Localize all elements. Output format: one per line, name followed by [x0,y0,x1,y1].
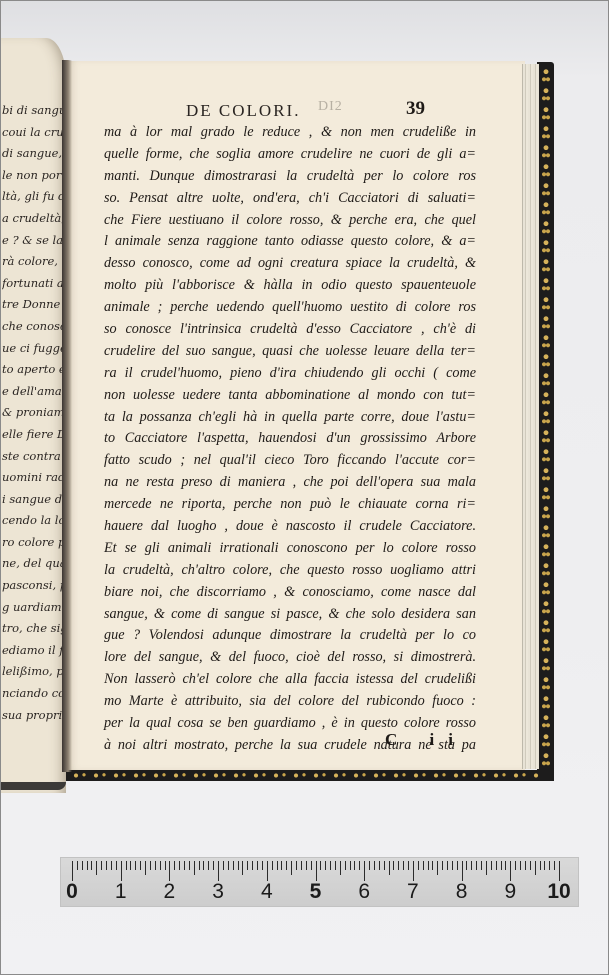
ruler-tick [194,861,195,875]
left-text-line: lelißimo, perche [2,661,66,683]
ruler-tick [369,861,370,870]
left-text-line: ro colore più fo [2,532,66,554]
ruler-tick [296,861,297,870]
ruler-tick [96,861,97,875]
ruler-tick [384,861,385,870]
text-line: quelle forme, che soglia amore crudelire… [104,144,476,166]
text-line: la crudeltà, ch'altro colore, che questo… [104,560,476,582]
left-text-line: g uardiamo bene [2,597,66,619]
left-cover-edge [0,782,66,790]
ruler-tick [213,861,214,870]
ruler-tick [335,861,336,870]
ruler-tick [316,861,317,881]
left-text-line: bi di sangue dis [2,100,66,122]
text-line: animale ; perche uedendo quell'huomo ues… [104,297,476,319]
ruler-tick [457,861,458,870]
ruler-tick [228,861,229,870]
ruler-label: 5 [310,880,322,904]
ruler-tick [350,861,351,870]
ruler-tick [277,861,278,870]
ruler-tick [544,861,545,870]
ruler-tick [364,861,365,881]
ruler-tick [374,861,375,870]
ruler-tick [189,861,190,870]
ruler-tick [106,861,107,870]
ruler-tick [257,861,258,870]
ruler-tick [452,861,453,870]
left-text-line: fortunati aman [2,273,66,295]
ruler-tick [174,861,175,870]
left-text-line: e dell'amate D [2,381,66,403]
text-line: sangue, & come di sangue si pasce, & che… [104,604,476,626]
ruler-label: 9 [504,880,516,904]
left-text-line: uomini rade uol [2,467,66,489]
scale-ruler: 012345678910 [60,857,579,907]
signature-mark: C ii [385,730,467,750]
left-text-line: coui la crudelt= [2,122,66,144]
ruler-tick [481,861,482,870]
ruler-tick [116,861,117,870]
ruler-label: 3 [212,880,224,904]
ruler-tick [491,861,492,870]
ruler-tick [179,861,180,870]
ruler-tick [398,861,399,870]
ruler-tick [549,861,550,870]
ruler-tick [428,861,429,870]
ruler-tick [486,861,487,875]
show-through-text: DI2 [318,99,343,115]
ruler-label: 7 [407,880,419,904]
ruler-tick [413,861,414,881]
ruler-tick [91,861,92,870]
text-line: gue ? Volendosi adunque dimostrare la cr… [104,625,476,647]
ruler-tick [515,861,516,870]
ruler-tick [354,861,355,870]
ruler-tick [150,861,151,870]
text-line: biare noi, che discorriamo , & conosciam… [104,582,476,604]
ruler-tick [199,861,200,870]
text-line: Et se gli animali irrationali conoscono … [104,538,476,560]
folio-number: 39 [406,98,425,120]
ruler-tick [252,861,253,870]
ruler-tick [345,861,346,870]
ruler-tick [262,861,263,870]
ruler-tick [145,861,146,875]
left-page-text: bi di sangue discoui la crudelt=di sangu… [2,100,66,726]
left-text-line: ediamo il fuoco, [2,640,66,662]
left-text-line: nciando con non [2,683,66,705]
ruler-tick [476,861,477,870]
ruler-tick [437,861,438,875]
ruler-tick [501,861,502,870]
text-line: l animale senza raggione tanto odiasse q… [104,231,476,253]
ruler-tick [130,861,131,870]
left-text-line: e ? & se la cru [2,230,66,252]
ruler-tick [466,861,467,870]
left-text-line: sua propria fiero [2,705,66,727]
ruler-label: 6 [358,880,370,904]
ruler-tick [242,861,243,875]
ruler-tick [447,861,448,870]
ruler-tick [72,861,73,881]
ruler-tick [77,861,78,870]
ruler-tick [462,861,463,881]
ruler-tick [525,861,526,870]
ruler-tick [301,861,302,870]
ruler-tick [540,861,541,870]
gilt-tooling-right [541,66,551,766]
text-line: molto più l'abborisce & hàlla in odio qu… [104,275,476,297]
ruler-label: 0 [66,880,78,904]
running-head: DE COLORI. [186,101,300,121]
text-line: hauere dal luogho , doue è nascosto il c… [104,516,476,538]
ruler-tick [311,861,312,870]
left-text-line: tre Donne , & [2,294,66,316]
page-body-text: ma à lor mal grado le reduce , & non men… [104,122,476,757]
ruler-tick [82,861,83,870]
gilt-tooling-bottom [70,772,540,779]
ruler-tick [121,861,122,881]
ruler-ticks [72,861,560,881]
ruler-tick [432,861,433,870]
ruler-tick [155,861,156,870]
text-line: ra il crudel'huomo, pieno d'ira chiudend… [104,363,476,385]
ruler-tick [291,861,292,875]
ruler-tick [208,861,209,870]
left-text-line: le non portano [2,165,66,187]
text-line: manti. Dunque dimostrarasi la crudeltà p… [104,166,476,188]
ruler-tick [101,861,102,870]
text-line: non uolesse uedere tanta abbominatione a… [104,385,476,407]
ruler-tick [379,861,380,870]
ruler-label: 8 [456,880,468,904]
ruler-tick [140,861,141,870]
ruler-tick [238,861,239,870]
ruler-tick [340,861,341,875]
text-line: mercede ne riporta, perche non può le ch… [104,494,476,516]
ruler-tick [530,861,531,870]
text-line: fatto scudo ; nel qual'il cieco Toro fic… [104,450,476,472]
ruler-tick [496,861,497,870]
text-line: so conosce l'intrinsica crudeltà d'esso … [104,319,476,341]
text-line: ta la possanza ch'egli hà in quella part… [104,407,476,429]
left-text-line: che conosciamo, [2,316,66,338]
ruler-tick [330,861,331,870]
ruler-label: 4 [261,880,273,904]
left-text-line: pasconsi, per lo [2,575,66,597]
spine-gutter [62,60,72,772]
left-text-line: rà colore, che di [2,251,66,273]
ruler-tick [510,861,511,881]
ruler-tick [393,861,394,870]
ruler-tick [184,861,185,870]
text-line: to Cacciatore l'aspetta, hauendosi d'un … [104,428,476,450]
ruler-tick [247,861,248,870]
text-line: mo Marte è attribuito, sia del colore de… [104,691,476,713]
text-line: so. Pensat altre uolte, ond'era, ch'i Ca… [104,188,476,210]
ruler-tick [359,861,360,870]
ruler-tick [520,861,521,870]
ruler-tick [135,861,136,870]
text-line: crudelire del suo sangue, quasi che uole… [104,341,476,363]
left-text-line: ne, del quale esse [2,553,66,575]
left-text-line: & proniamo in [2,402,66,424]
left-text-line: to aperto essere [2,359,66,381]
text-line: ma à lor mal grado le reduce , & non men… [104,122,476,144]
ruler-label: 2 [164,880,176,904]
ruler-label: 1 [115,880,127,904]
left-text-line: elle fiere Don= [2,424,66,446]
left-text-line: ltà, gli fu data [2,186,66,208]
text-line: na ne resta preso di maniera , che poi d… [104,472,476,494]
text-line: lore del sangue, & del fuoco, cioè del r… [104,647,476,669]
ruler-tick [203,861,204,870]
left-text-line: a crudeltà, per [2,208,66,230]
ruler-tick [267,861,268,881]
ruler-tick [111,861,112,870]
ruler-tick [505,861,506,870]
ruler-tick [535,861,536,875]
ruler-tick [272,861,273,870]
left-text-line: tro, che significa [2,618,66,640]
left-text-line: ste contra chi lo [2,446,66,468]
left-text-line: cendo la lor cru [2,510,66,532]
ruler-tick [418,861,419,870]
text-line: desso conosco, come ad ogni creatura spi… [104,253,476,275]
left-text-line: ue ci fugge. che [2,338,66,360]
left-text-line: di sangue, che [2,143,66,165]
page-block-edges [522,64,539,769]
ruler-tick [442,861,443,870]
ruler-tick [403,861,404,870]
ruler-tick [126,861,127,870]
left-text-line: i sangue di qual [2,489,66,511]
ruler-tick [423,861,424,870]
ruler-tick [559,861,560,881]
text-line: Non lasserò ch'el colore che alla faccia… [104,669,476,691]
ruler-tick [165,861,166,870]
ruler-tick [218,861,219,881]
ruler-tick [87,861,88,870]
ruler-tick [223,861,224,870]
ruler-tick [233,861,234,870]
ruler-label: 10 [547,880,570,904]
ruler-tick [286,861,287,870]
ruler-tick [306,861,307,870]
ruler-tick [389,861,390,875]
text-line: che Fiere uestiuano il colore rosso, & p… [104,210,476,232]
ruler-tick [320,861,321,870]
ruler-tick [281,861,282,870]
ruler-tick [169,861,170,881]
ruler-tick [325,861,326,870]
ruler-tick [554,861,555,870]
ruler-tick [471,861,472,870]
ruler-tick [408,861,409,870]
ruler-tick [160,861,161,870]
